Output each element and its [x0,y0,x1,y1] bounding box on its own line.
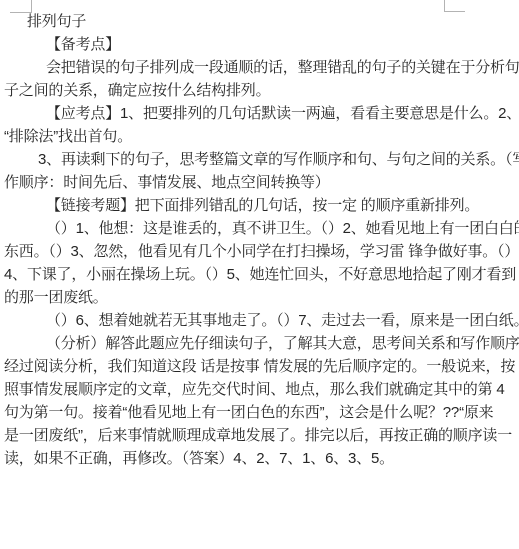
text-line: 的那一团废纸。 [0,286,519,309]
text-line: 作顺序：时间先后、事情发展、地点空间转换等） [0,171,519,194]
text-line: “排除法”找出首句。 [0,125,519,148]
text-line: 读，如果不正确，再修改。（答案）4、2、7、1、6、3、5。 [0,447,519,470]
text-line: 子之间的关系，确定应按什么结构排列。 [0,79,519,102]
text-line: 东西。（）3、忽然，他看见有几个小同学在打扫操场，学习雷 锋争做好事。（） [0,240,519,263]
text-line: （分析）解答此题应先仔细读句子，了解其大意，思考间关系和写作顺序。 [0,332,519,355]
text-line: 排列句子 [0,10,519,33]
text-line: 句为第一句。接着“他看见地上有一团白色的东西”，这会是什么呢？??“原来 [0,401,519,424]
text-line: 会把错误的句子排列成一段通顺的话，整理错乱的句子的关键在于分析句 [0,56,519,79]
text-line: （）1、他想：这是谁丢的，真不讲卫生。（）2、她看见地上有一团白白的 [0,217,519,240]
text-line: 【应考点】1、把要排列的几句话默读一两遍，看看主要意思是什么。2、用 [0,102,519,125]
text-line: 经过阅读分析，我们知道这段 话是按事 情发展的先后顺序定的。一般说来，按 [0,355,519,378]
text-line: 4、下课了，小丽在操场上玩。（）5、她连忙回头，不好意思地拾起了刚才看到 [0,263,519,286]
text-line: （）6、想着她就若无其事地走了。（）7、走过去一看，原来是一团白纸。 [0,309,519,332]
text-line: 照事情发展顺序定的文章，应先交代时间、地点，那么我们就确定其中的第 4 [0,378,519,401]
text-line: 【链接考题】把下面排列错乱的几句话，按一定 的顺序重新排列。 [0,194,519,217]
text-line: 是一团废纸”，后来事情就顺理成章地发展了。排完以后，再按正确的顺序读一 [0,424,519,447]
text-line: 【备考点】 [0,33,519,56]
document-text: 排列句子【备考点】会把错误的句子排列成一段通顺的话，整理错乱的句子的关键在于分析… [0,10,519,470]
text-line: 3、再读剩下的句子，思考整篇文章的写作顺序和句、与句之间的关系。（写 [0,148,519,171]
document-page: 排列句子【备考点】会把错误的句子排列成一段通顺的话，整理错乱的句子的关键在于分析… [0,0,519,549]
